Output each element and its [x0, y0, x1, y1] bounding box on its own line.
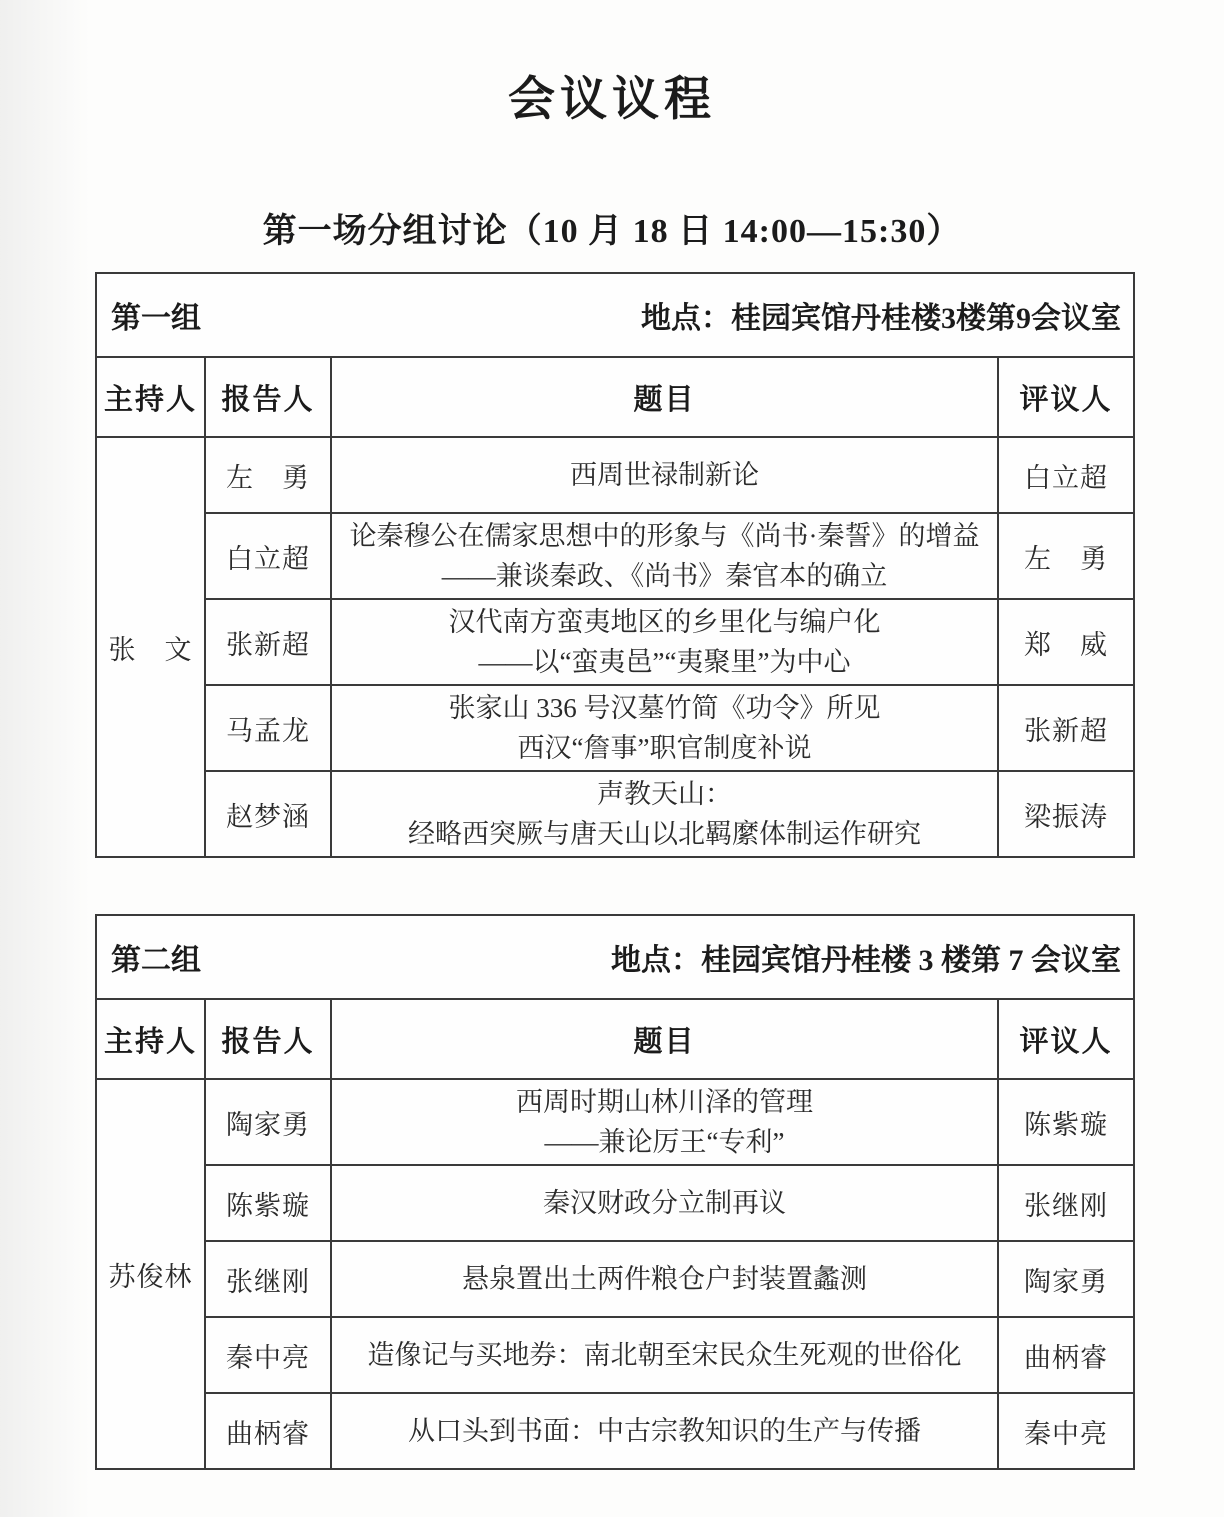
paper-title-cell: 论秦穆公在儒家思想中的形象与《尚书·秦誓》的增益——兼谈秦政、《尚书》秦官本的确… — [331, 513, 998, 599]
page-title: 会议议程 — [0, 0, 1224, 129]
paper-title-cell: 声教天山：经略西突厥与唐天山以北羁縻体制运作研究 — [331, 771, 998, 857]
presenter-cell: 白立超 — [205, 513, 331, 599]
paper-title-cell: 从口头到书面：中古宗教知识的生产与传播 — [331, 1393, 998, 1469]
paper-title-line: 造像记与买地券：南北朝至宋民众生死观的世俗化 — [332, 1335, 997, 1376]
paper-title-line: 从口头到书面：中古宗教知识的生产与传播 — [332, 1411, 997, 1452]
session-title: 第一场分组讨论（10 月 18 日 14:00—15:30） — [0, 203, 1224, 252]
presenter-cell: 秦中亮 — [205, 1317, 331, 1393]
column-header-title: 题目 — [331, 357, 998, 437]
column-header-reviewer: 评议人 — [998, 999, 1134, 1079]
reviewer-cell: 曲柄睿 — [998, 1317, 1134, 1393]
presenter-cell: 陶家勇 — [205, 1079, 331, 1165]
paper-title-line: ——以“蛮夷邑”“夷聚里”为中心 — [332, 642, 997, 683]
group-header-cell: 第一组地点：桂园宾馆丹桂楼3楼第9会议室 — [96, 273, 1134, 357]
paper-title-cell: 张家山 336 号汉墓竹简《功令》所见西汉“詹事”职官制度补说 — [331, 685, 998, 771]
paper-title-cell: 秦汉财政分立制再议 — [331, 1165, 998, 1241]
reviewer-cell: 梁振涛 — [998, 771, 1134, 857]
reviewer-cell: 秦中亮 — [998, 1393, 1134, 1469]
group-header-cell: 第二组地点：桂园宾馆丹桂楼 3 楼第 7 会议室 — [96, 915, 1134, 999]
paper-title-cell: 造像记与买地券：南北朝至宋民众生死观的世俗化 — [331, 1317, 998, 1393]
presenter-cell: 陈紫璇 — [205, 1165, 331, 1241]
paper-title-cell: 西周时期山林川泽的管理——兼论厉王“专利” — [331, 1079, 998, 1165]
tables-container: 第一组地点：桂园宾馆丹桂楼3楼第9会议室主持人报告人题目评议人张 文左 勇西周世… — [95, 272, 1133, 1470]
presenter-cell: 张新超 — [205, 599, 331, 685]
presenter-cell: 曲柄睿 — [205, 1393, 331, 1469]
paper-title-line: 西汉“詹事”职官制度补说 — [332, 728, 997, 769]
paper-title-line: ——兼论厉王“专利” — [332, 1122, 997, 1163]
paper-title-line: 西周时期山林川泽的管理 — [332, 1082, 997, 1123]
host-cell: 苏俊林 — [96, 1079, 205, 1469]
column-header-presenter: 报告人 — [205, 999, 331, 1079]
reviewer-cell: 陈紫璇 — [998, 1079, 1134, 1165]
group-name: 第二组 — [111, 935, 201, 979]
paper-title-line: 经略西突厥与唐天山以北羁縻体制运作研究 — [332, 814, 997, 855]
presenter-cell: 赵梦涵 — [205, 771, 331, 857]
presenter-cell: 马孟龙 — [205, 685, 331, 771]
column-header-host: 主持人 — [96, 999, 205, 1079]
paper-title-line: 声教天山： — [332, 774, 997, 815]
reviewer-cell: 白立超 — [998, 437, 1134, 513]
paper-title-line: 汉代南方蛮夷地区的乡里化与编户化 — [332, 602, 997, 643]
paper-title-line: 秦汉财政分立制再议 — [332, 1183, 997, 1224]
reviewer-cell: 张继刚 — [998, 1165, 1134, 1241]
column-header-title: 题目 — [331, 999, 998, 1079]
presenter-cell: 张继刚 — [205, 1241, 331, 1317]
reviewer-cell: 左 勇 — [998, 513, 1134, 599]
column-header-presenter: 报告人 — [205, 357, 331, 437]
paper-title-line: 张家山 336 号汉墓竹简《功令》所见 — [332, 688, 997, 729]
reviewer-cell: 陶家勇 — [998, 1241, 1134, 1317]
column-header-host: 主持人 — [96, 357, 205, 437]
group-location: 地点：桂园宾馆丹桂楼3楼第9会议室 — [641, 293, 1121, 337]
column-header-reviewer: 评议人 — [998, 357, 1134, 437]
group-name: 第一组 — [111, 293, 201, 337]
group-table-2: 第二组地点：桂园宾馆丹桂楼 3 楼第 7 会议室主持人报告人题目评议人苏俊林陶家… — [95, 914, 1135, 1470]
group-location: 地点：桂园宾馆丹桂楼 3 楼第 7 会议室 — [611, 935, 1121, 979]
reviewer-cell: 张新超 — [998, 685, 1134, 771]
paper-title-line: 论秦穆公在儒家思想中的形象与《尚书·秦誓》的增益 — [332, 516, 997, 557]
paper-title-line: 悬泉置出土两件粮仓户封装置蠡测 — [332, 1259, 997, 1300]
group-table-1: 第一组地点：桂园宾馆丹桂楼3楼第9会议室主持人报告人题目评议人张 文左 勇西周世… — [95, 272, 1135, 858]
paper-title-line: 西周世禄制新论 — [332, 455, 997, 496]
paper-title-cell: 汉代南方蛮夷地区的乡里化与编户化——以“蛮夷邑”“夷聚里”为中心 — [331, 599, 998, 685]
paper-title-cell: 悬泉置出土两件粮仓户封装置蠡测 — [331, 1241, 998, 1317]
presenter-cell: 左 勇 — [205, 437, 331, 513]
reviewer-cell: 郑 威 — [998, 599, 1134, 685]
paper-title-cell: 西周世禄制新论 — [331, 437, 998, 513]
host-cell: 张 文 — [96, 437, 205, 857]
paper-title-line: ——兼谈秦政、《尚书》秦官本的确立 — [332, 556, 997, 597]
